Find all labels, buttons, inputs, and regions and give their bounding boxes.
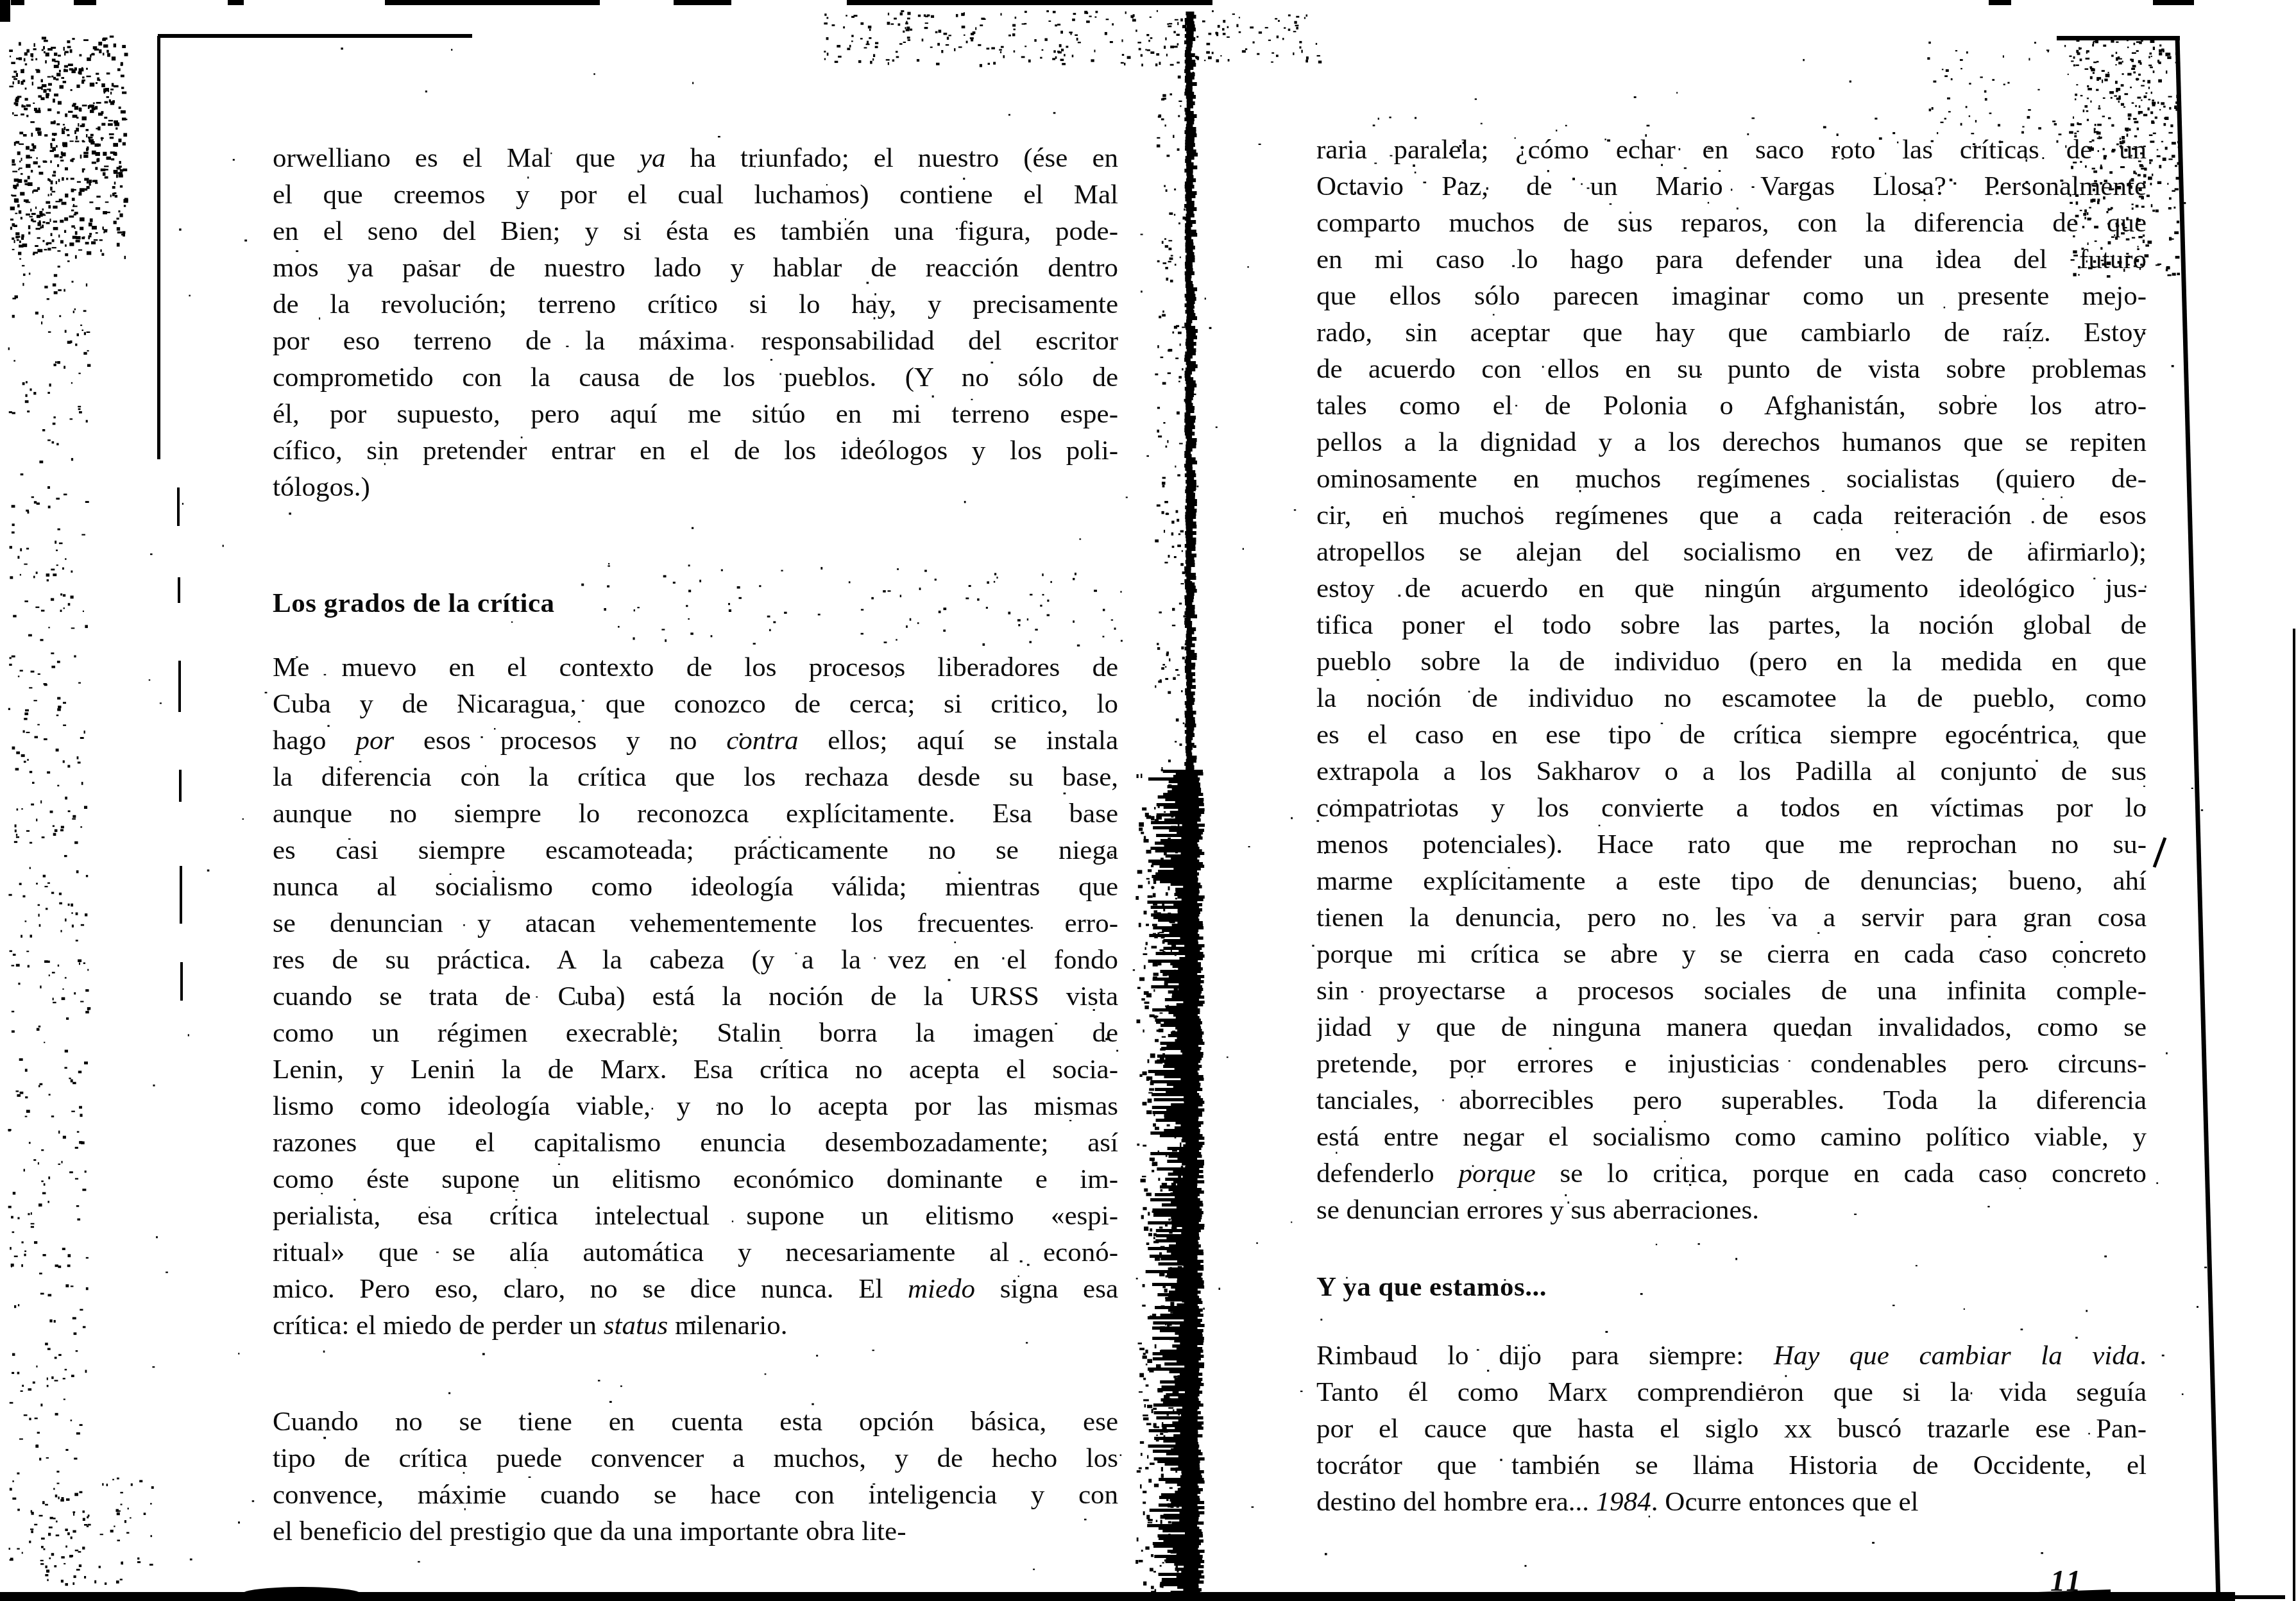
right-page-text-column: raria paralela; ¿cómo echar en saco roto… [1316,0,2147,1520]
text-line: es el caso en ese tipo de crítica siempr… [1316,716,2147,753]
text-line: raria paralela; ¿cómo echar en saco roto… [1316,131,2147,168]
text-line: Cuando no se tiene en cuenta esta opción… [273,1403,1118,1440]
text-line: comprometido con la causa de los pueblos… [273,359,1118,396]
text-line: pretende, por errores e injusticias cond… [1316,1046,2147,1082]
text-line: Tanto él como Marx comprendieron que si … [1316,1374,2147,1410]
text-line: Octavio Paz, de un Mario Vargas Llosa? P… [1316,168,2147,205]
text-line: extrapola a los Sakharov o a los Padilla… [1316,753,2147,790]
text-line: Lenin, y Lenin la de Marx. Esa crítica n… [273,1051,1118,1088]
text-line: pueblo sobre la de individuo (pero en la… [1316,643,2147,680]
text-line: porque mi crítica se abre y se cierra en… [1316,936,2147,972]
scanned-book-spread: orwelliano es el Mal que ya ha triunfado… [0,0,2296,1601]
text-line: hago por esos procesos y no contra ellos… [273,722,1118,759]
text-line: comparto muchos de sus reparos, con la d… [1316,205,2147,241]
text-line: la noción de individuo no escamotee la d… [1316,680,2147,716]
text-line: ritual» que se alía automática y necesar… [273,1234,1118,1271]
text-line: Cuba y de Nicaragua, que conozco de cerc… [273,686,1118,722]
text-line: atropellos se alejan del socialismo en v… [1316,534,2147,570]
text-line: tólogos.) [273,469,1118,505]
text-line: menos potenciales). Hace rato que me rep… [1316,826,2147,863]
text-line: la diferencia con la crítica que los rec… [273,759,1118,795]
text-line: en el seno del Bien; y si ésta es tambié… [273,213,1118,250]
text-line: defenderlo porque se lo critica, porque … [1316,1155,2147,1192]
text-line: cir, en muchos regímenes que a cada reit… [1316,497,2147,534]
text-line: cífico, sin pretender entrar en el de lo… [273,432,1118,469]
text-line: el beneficio del prestigio que da una im… [273,1513,1118,1550]
text-line: se denuncian y atacan vehementemente los… [273,905,1118,942]
text-line: tanciales, aborrecibles pero superables.… [1316,1082,2147,1119]
text-line: tifica poner el todo sobre las partes, l… [1316,607,2147,643]
text-line: cuando se trata de Cuba) está la noción … [273,978,1118,1015]
paragraph: Me muevo en el contexto de los procesos … [273,649,1118,1344]
paragraph: Rimbaud lo dijo para siempre: Hay que ca… [1316,1337,2147,1520]
text-line: de acuerdo con ellos en su punto de vist… [1316,351,2147,387]
text-line: está entre negar el socialismo como cami… [1316,1119,2147,1155]
text-line: el que creemos y por el cual luchamos) c… [273,176,1118,213]
text-line: orwelliano es el Mal que ya ha triunfado… [273,140,1118,176]
text-line: nunca al socialismo como ideología válid… [273,868,1118,905]
text-line: pellos a la dignidad y a los derechos hu… [1316,424,2147,461]
text-line: marme explícitamente a este tipo de denu… [1316,863,2147,899]
text-line: Me muevo en el contexto de los procesos … [273,649,1118,686]
paragraph: raria paralela; ¿cómo echar en saco roto… [1316,131,2147,1228]
text-line: jidad y que de ninguna manera quedan inv… [1316,1009,2147,1046]
left-page-text-column: orwelliano es el Mal que ya ha triunfado… [273,0,1118,1550]
text-line: que ellos sólo parecen imaginar como un … [1316,278,2147,314]
text-line: crítica: el miedo de perder un status mi… [273,1307,1118,1344]
text-line: tales como el de Polonia o Afghanistán, … [1316,387,2147,424]
text-line: rado, sin aceptar que hay que cambiarlo … [1316,314,2147,351]
text-line: compatriotas y los convierte a todos en … [1316,790,2147,826]
text-line: estoy de acuerdo en que ningún argumento… [1316,570,2147,607]
text-line: res de su práctica. A la cabeza (y a la … [273,942,1118,978]
text-line: lismo como ideología viable, y no lo ace… [273,1088,1118,1124]
text-line: tipo de crítica puede convencer a muchos… [273,1440,1118,1477]
text-line: él, por supuesto, pero aquí me sitúo en … [273,396,1118,432]
text-line: razones que el capitalismo enuncia desem… [273,1124,1118,1161]
text-line: como éste supone un elitismo económico d… [273,1161,1118,1198]
text-line: mos ya pasar de nuestro lado y hablar de… [273,250,1118,286]
text-line: sin proyectarse a procesos sociales de u… [1316,972,2147,1009]
section-heading: Los grados de la crítica [273,585,1118,622]
section-heading: Y ya que estamos... [1316,1269,2147,1305]
text-line: como un régimen execrable; Stalin borra … [273,1015,1118,1051]
paragraph: orwelliano es el Mal que ya ha triunfado… [273,140,1118,505]
text-line: se denuncian errores y sus aberraciones. [1316,1192,2147,1228]
text-line: tocrátor que también se llama Historia d… [1316,1447,2147,1484]
paragraph: Cuando no se tiene en cuenta esta opción… [273,1403,1118,1550]
text-line: por el cauce que hasta el siglo xx buscó… [1316,1410,2147,1447]
text-line: convence, máxime cuando se hace con inte… [273,1477,1118,1513]
text-line: perialista, esa crítica intelectual supo… [273,1198,1118,1234]
page-number: 11 [2050,1566,2121,1593]
text-line: es casi siempre escamoteada; prácticamen… [273,832,1118,868]
text-line: Rimbaud lo dijo para siempre: Hay que ca… [1316,1337,2147,1374]
text-line: ominosamente en muchos regímenes sociali… [1316,461,2147,497]
text-line: mico. Pero eso, claro, no se dice nunca.… [273,1271,1118,1307]
text-line: por eso terreno de la máxima responsabil… [273,323,1118,359]
text-line: aunque no siempre lo reconozca explícita… [273,795,1118,832]
text-line: tienen la denuncia, pero no les va a ser… [1316,899,2147,936]
text-line: destino del hombre era... 1984. Ocurre e… [1316,1484,2147,1520]
text-line: de la revolución; terreno crítico si lo … [273,286,1118,323]
text-line: en mi caso lo hago para defender una ide… [1316,241,2147,278]
